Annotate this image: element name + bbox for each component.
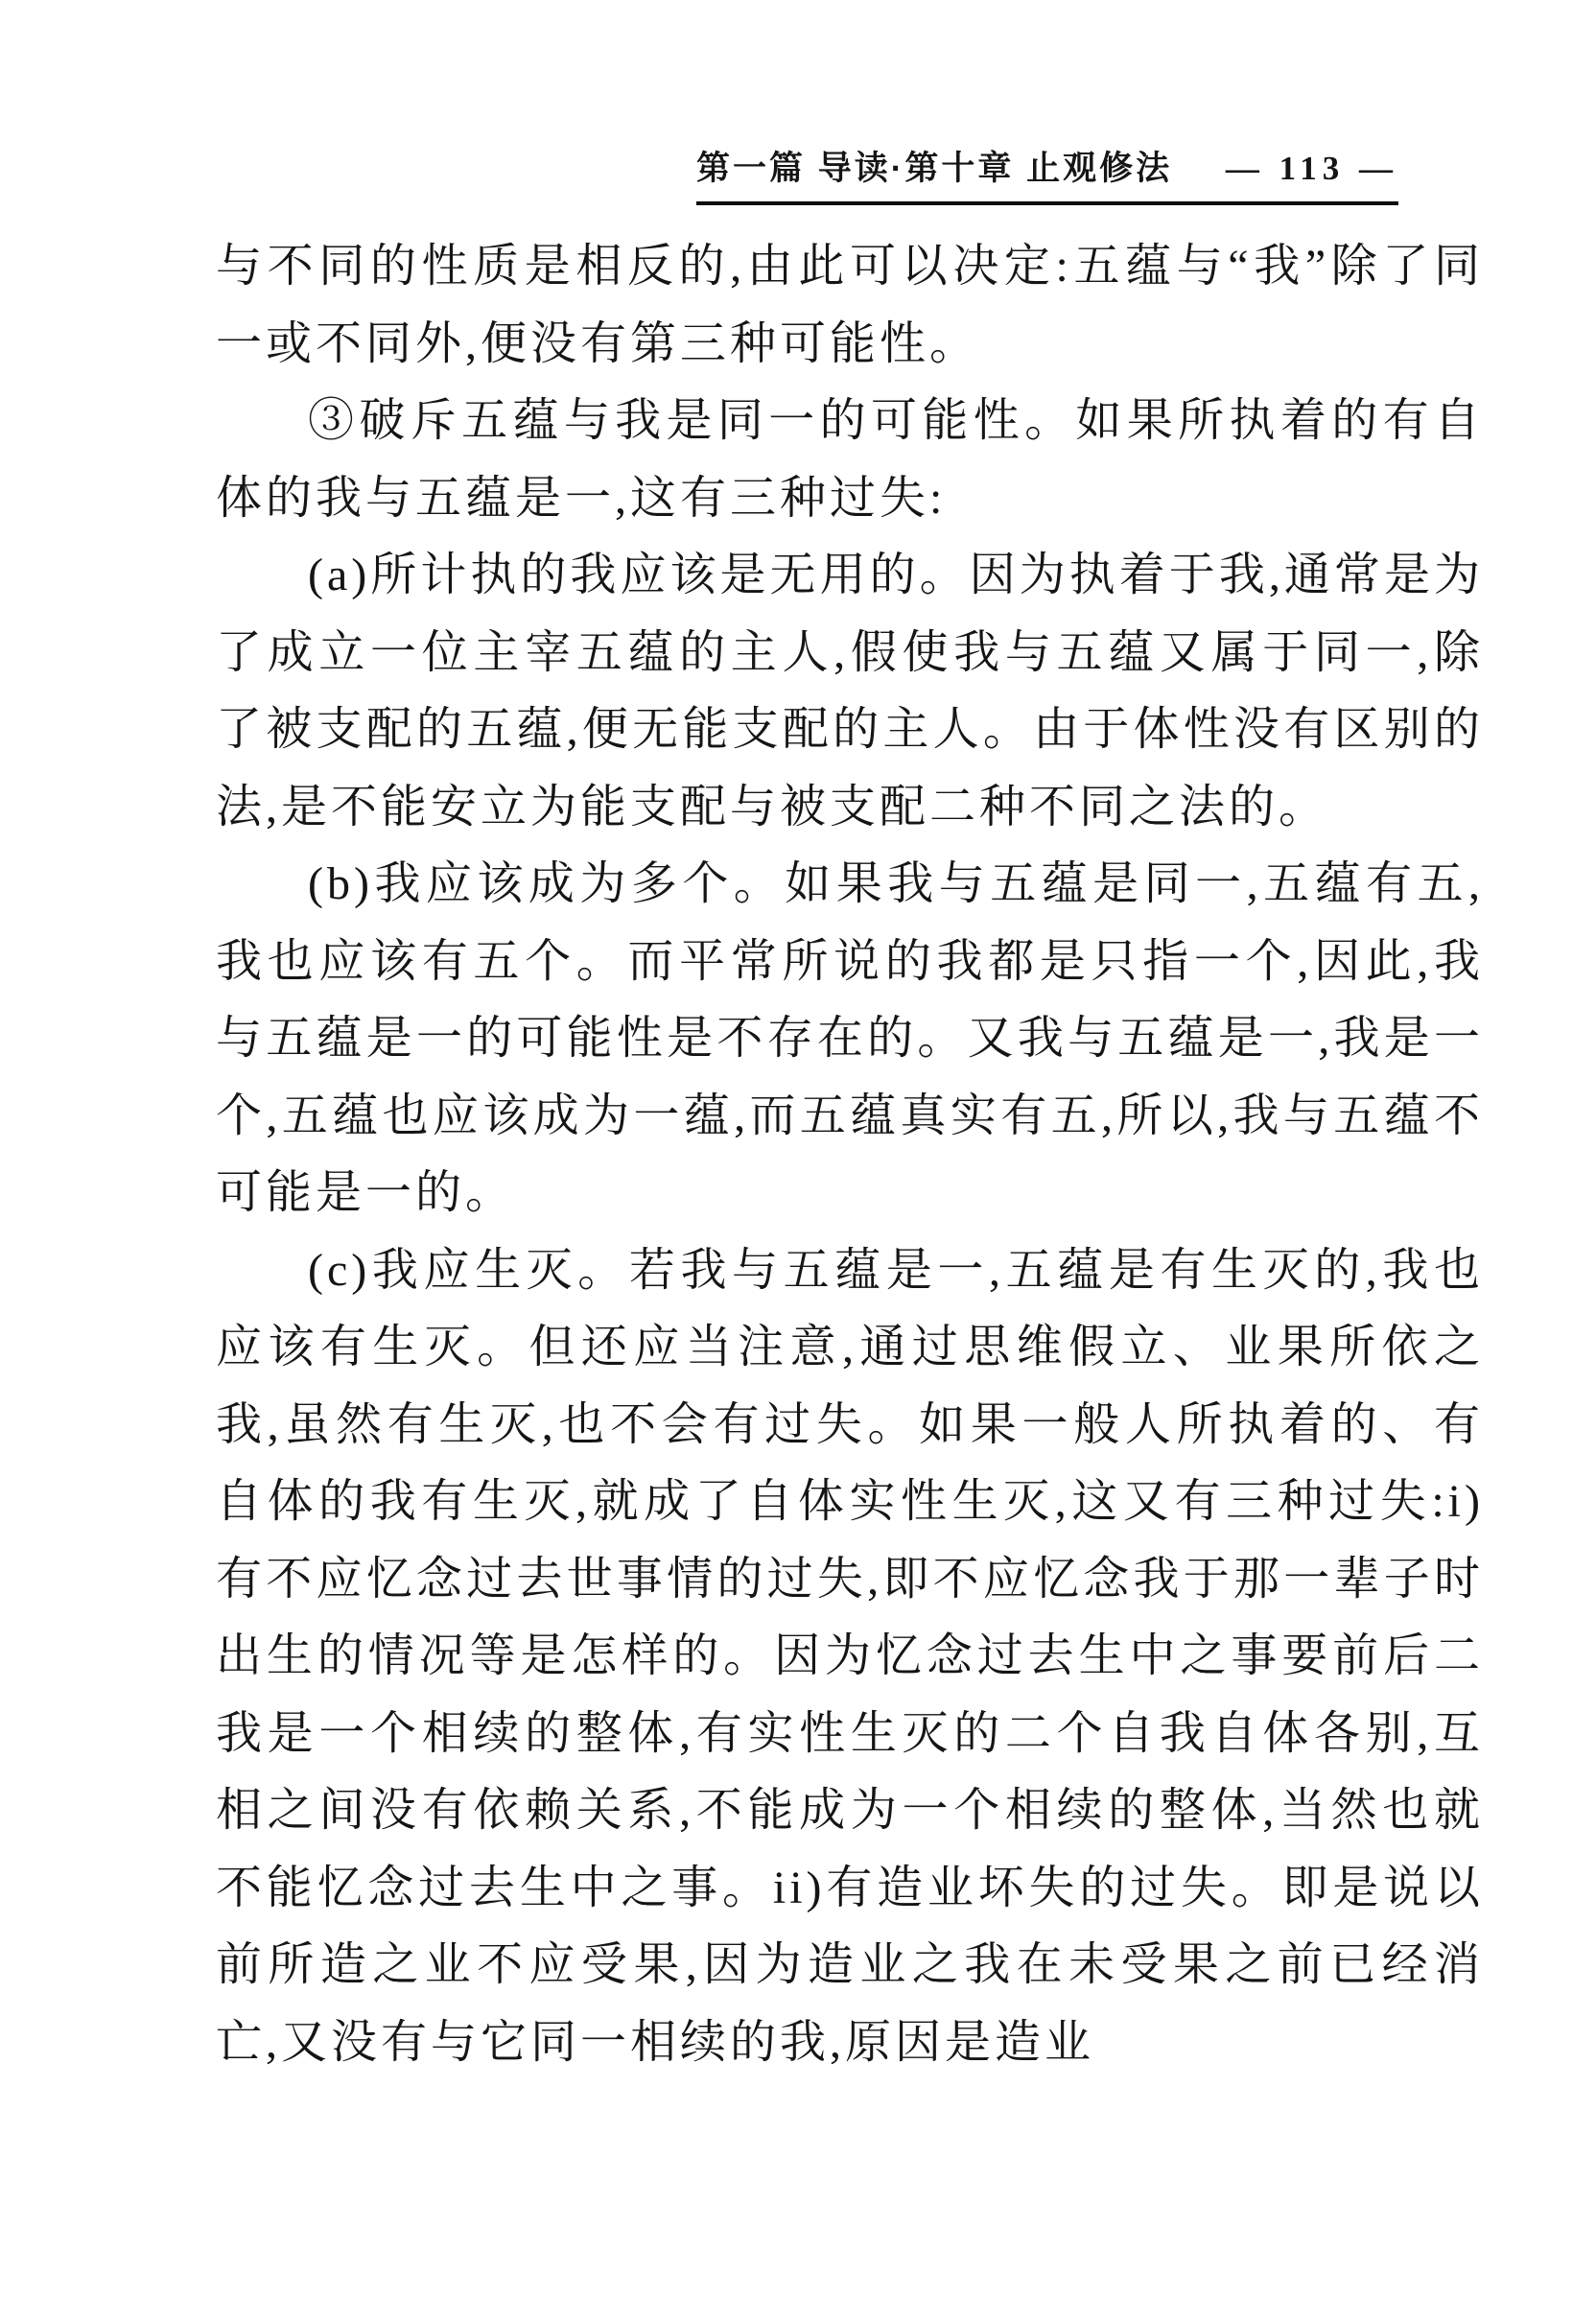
paragraph-refute-identity: ③破斥五蕴与我是同一的可能性。如果所执着的有自体的我与五蕴是一,这有三种过失: — [216, 383, 1484, 537]
page-number: — 113 — — [1226, 150, 1398, 188]
paragraph-fault-a: (a)所计执的我应该是无用的。因为执着于我,通常是为了成立一位主宰五蕴的主人,假… — [216, 537, 1484, 846]
paragraph-fault-b: (b)我应该成为多个。如果我与五蕴是同一,五蕴有五,我也应该有五个。而平常所说的… — [216, 846, 1484, 1232]
running-header-title: 第一篇 导读·第十章 止观修法 — [696, 142, 1172, 190]
book-page: 第一篇 导读·第十章 止观修法 — 113 — 与不同的性质是相反的,由此可以决… — [0, 0, 1596, 2298]
paragraph-continuation: 与不同的性质是相反的,由此可以决定:五蕴与“我”除了同一或不同外,便没有第三种可… — [216, 228, 1484, 383]
body-text: 与不同的性质是相反的,由此可以决定:五蕴与“我”除了同一或不同外,便没有第三种可… — [216, 228, 1484, 2081]
paragraph-fault-c: (c)我应生灭。若我与五蕴是一,五蕴是有生灭的,我也应该有生灭。但还应当注意,通… — [216, 1232, 1484, 2082]
page-header: 第一篇 导读·第十章 止观修法 — 113 — — [696, 142, 1398, 205]
